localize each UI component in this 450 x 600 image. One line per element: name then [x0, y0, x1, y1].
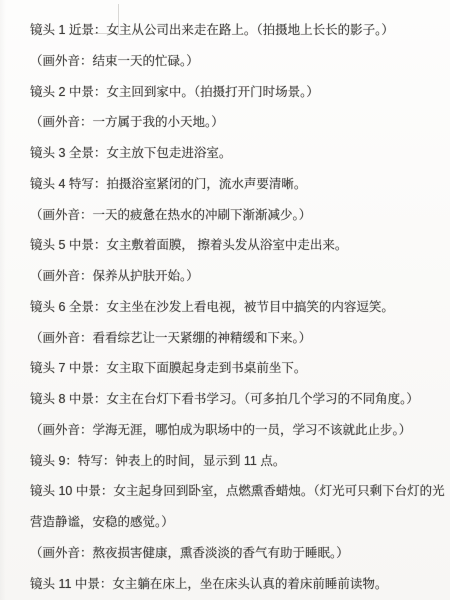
- script-line-shot-4: 镜头 4 特写：拍摄浴室紧闭的门，流水声要清晰。: [0, 169, 450, 200]
- script-line-shot-6: 镜头 6 全景：女主坐在沙发上看电视，被节目中搞笑的内容逗笑。: [0, 292, 450, 323]
- script-line-shot-7: 镜头 7 中景：女主取下面膜起身走到书桌前坐下。: [0, 353, 450, 384]
- script-text-block: 镜头 1 近景：女主从公司出来走在路上。（拍摄地上长长的影子。） （画外音：结束…: [0, 15, 450, 599]
- script-line-shot-3: 镜头 3 全景：女主放下包走进浴室。: [0, 138, 450, 169]
- script-line-shot-5: 镜头 5 中景：女主敷着面膜， 擦着头发从浴室中走出来。: [0, 230, 450, 261]
- script-line-shot-11: 镜头 11 中景：女主躺在床上，坐在床头认真的着床前睡前读物。: [0, 569, 450, 600]
- script-line-voiceover-2: （画外音：一方属于我的小天地。）: [0, 107, 450, 138]
- script-line-voiceover-1: （画外音：结束一天的忙碌。）: [0, 46, 450, 77]
- script-line-voiceover-3: （画外音：一天的疲惫在热水的冲刷下渐渐减少。）: [0, 200, 450, 231]
- script-line-shot-1: 镜头 1 近景：女主从公司出来走在路上。（拍摄地上长长的影子。）: [0, 15, 450, 46]
- script-line-voiceover-7: （画外音：熬夜损害健康，熏香淡淡的香气有助于睡眠。）: [0, 538, 450, 569]
- script-line-shot-9: 镜头 9：特写：钟表上的时间，显示到 11 点。: [0, 446, 450, 477]
- script-line-shot-8: 镜头 8 中景：女主在台灯下看书学习。（可多拍几个学习的不同角度。）: [0, 384, 450, 415]
- script-line-shot-2: 镜头 2 中景：女主回到家中。（拍摄打开门时场景。）: [0, 77, 450, 108]
- script-line-voiceover-6: （画外音：学海无涯，哪怕成为职场中的一员，学习不该就此止步。）: [0, 415, 450, 446]
- script-line-voiceover-4: （画外音：保养从护肤开始。）: [0, 261, 450, 292]
- script-line-shot-10: 镜头 10 中景：女主起身回到卧室，点燃熏香蜡烛。（灯光可只剩下台灯的光: [0, 476, 450, 507]
- script-line-voiceover-5: （画外音：看看综艺让一天紧绷的神精缓和下来。）: [0, 323, 450, 354]
- script-line-shot-10-cont: 营造静谧，安稳的感觉。）: [0, 507, 450, 538]
- document-page: 镜头 1 近景：女主从公司出来走在路上。（拍摄地上长长的影子。） （画外音：结束…: [0, 0, 450, 600]
